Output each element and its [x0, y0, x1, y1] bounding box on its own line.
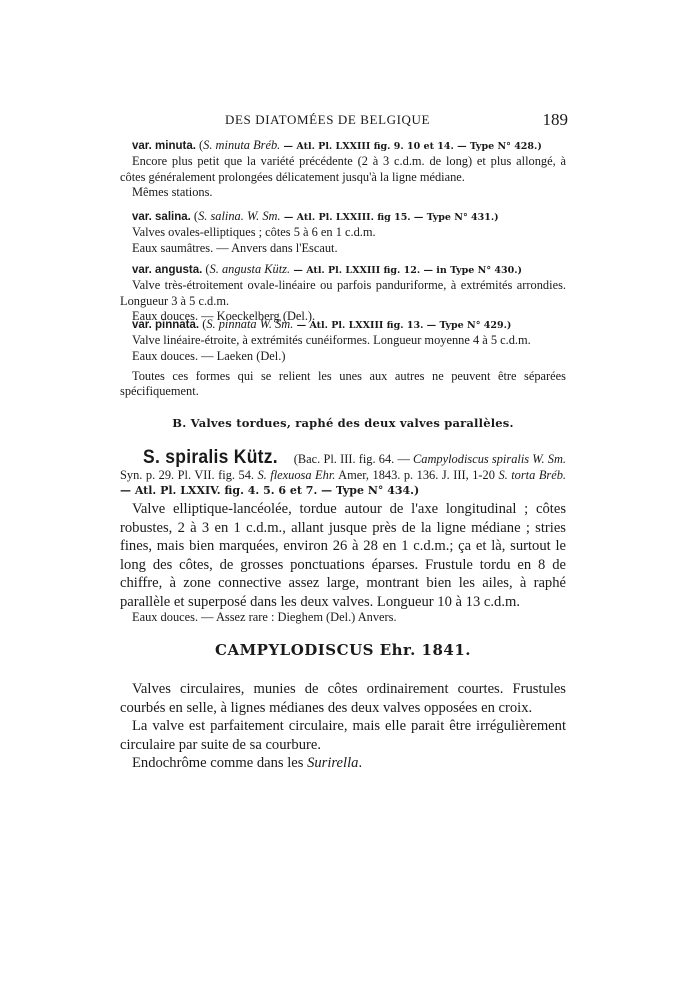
variety-description: Valve très-étroitement ovale-linéaire ou…: [120, 278, 566, 309]
atlas-reference: — Atl. Pl. LXXIII fig. 12. — in Type N° …: [290, 265, 522, 276]
variety-pinnata: var. pinnata. (S. pinnata W. Sm. — Atl. …: [120, 317, 566, 364]
variety-heading: var. angusta. (S. angusta Kütz. — Atl. P…: [120, 262, 566, 278]
page-number: 189: [543, 110, 569, 130]
variety-angusta: var. angusta. (S. angusta Kütz. — Atl. P…: [120, 262, 566, 325]
section-heading-b: B. Valves tordues, raphé des deux valves…: [120, 416, 566, 430]
variety-minuta: var. minuta. (S. minuta Bréb. — Atl. Pl.…: [120, 138, 566, 201]
genus-description: Valves circulaires, munies de côtes ordi…: [120, 680, 566, 773]
genus-citation: Surirella: [307, 755, 358, 771]
atlas-reference: — Atl. Pl. LXXIV. fig. 4. 5. 6 et 7. — T…: [120, 484, 419, 497]
species-habitat: Eaux douces. — Assez rare : Dieghem (Del…: [120, 610, 566, 625]
summary-text: Toutes ces formes qui se relient les une…: [120, 369, 566, 400]
variety-salina: var. salina. (S. salina. W. Sm. — Atl. P…: [120, 209, 566, 256]
running-head: DES DIATOMÉES DE BELGIQUE 189: [120, 112, 566, 132]
variety-habitat: Mêmes stations.: [120, 185, 566, 200]
variety-habitat: Eaux douces. — Laeken (Del.): [120, 349, 566, 364]
running-head-title: DES DIATOMÉES DE BELGIQUE: [225, 112, 430, 128]
variety-description: Valves ovales-elliptiques ; côtes 5 à 6 …: [120, 225, 566, 240]
variety-description: Valve linéaire-étroite, à extrémités cun…: [120, 333, 566, 348]
variety-description: Encore plus petit que la variété précéde…: [120, 154, 566, 185]
spiralis-description-block: Valve elliptique-lancéolée, tordue autou…: [120, 500, 566, 611]
species-description: Valve elliptique-lancéolée, tordue autou…: [120, 500, 566, 611]
variety-name: var. minuta.: [132, 140, 196, 152]
variety-name: var. angusta.: [132, 264, 202, 276]
summary-paragraph: Toutes ces formes qui se relient les une…: [120, 369, 566, 400]
genus-paragraph-3: Endochrôme comme dans les Surirella.: [120, 754, 566, 773]
genus-paragraph-2: La valve est parfaitement circulaire, ma…: [120, 717, 566, 754]
atlas-reference: — Atl. Pl. LXXIII. fig 15. — Type N° 431…: [281, 212, 499, 223]
genus-paragraph-1: Valves circulaires, munies de côtes ordi…: [120, 680, 566, 717]
species-name: S. spiralis Kütz.: [132, 450, 278, 466]
variety-heading: var. salina. (S. salina. W. Sm. — Atl. P…: [120, 209, 566, 225]
variety-heading: var. pinnata. (S. pinnata W. Sm. — Atl. …: [120, 317, 566, 333]
spiralis-habitat-block: Eaux douces. — Assez rare : Dieghem (Del…: [120, 610, 566, 625]
species-heading: S. spiralis Kütz. (Bac. Pl. III. fig. 64…: [120, 450, 566, 499]
variety-name: var. pinnata.: [132, 319, 199, 331]
variety-heading: var. minuta. (S. minuta Bréb. — Atl. Pl.…: [120, 138, 566, 154]
species-citation: S. angusta Kütz.: [210, 262, 291, 276]
variety-name: var. salina.: [132, 211, 191, 223]
species-citation: S. minuta Bréb.: [203, 138, 280, 152]
species-citation: S. pinnata W. Sm.: [206, 317, 293, 331]
genus-heading: CAMPYLODISCUS Ehr. 1841.: [120, 641, 566, 659]
atlas-reference: — Atl. Pl. LXXIII fig. 9. 10 et 14. — Ty…: [280, 141, 542, 152]
atlas-reference: — Atl. Pl. LXXIII fig. 13. — Type N° 429…: [293, 320, 511, 331]
variety-habitat: Eaux saumâtres. — Anvers dans l'Escaut.: [120, 241, 566, 256]
species-citation: S. salina. W. Sm.: [198, 209, 281, 223]
species-spiralis: S. spiralis Kütz. (Bac. Pl. III. fig. 64…: [120, 450, 566, 499]
